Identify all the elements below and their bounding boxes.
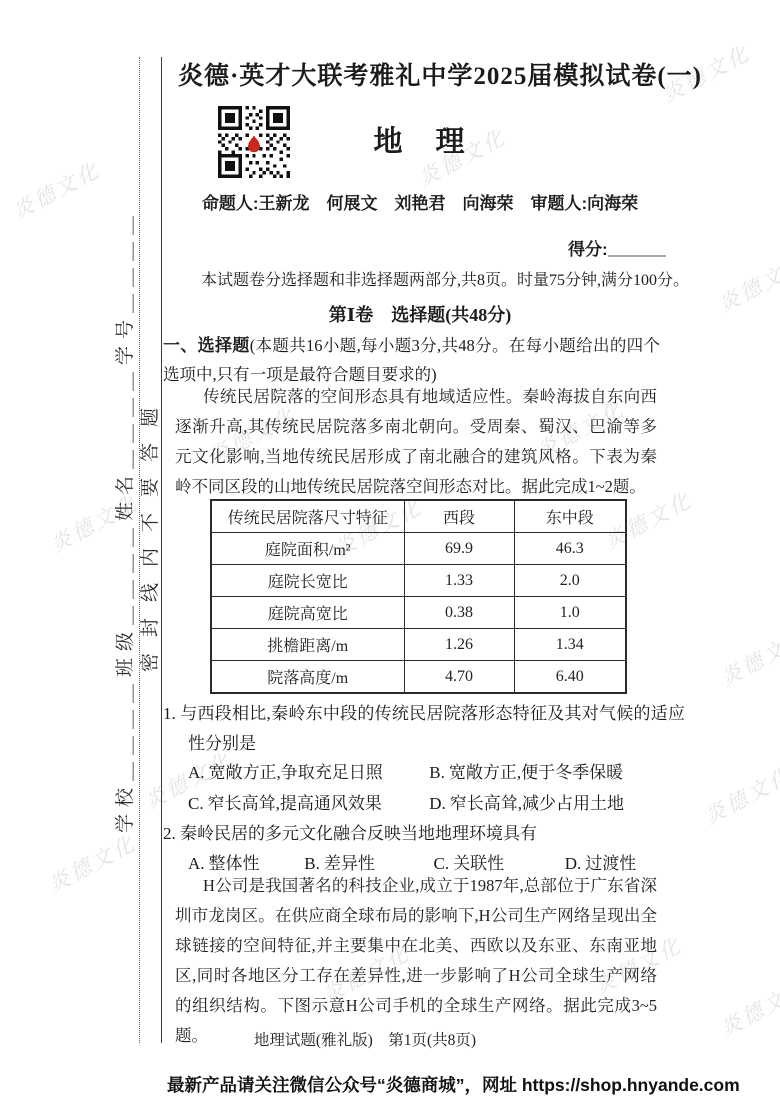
exam-paper-page: 炎德文化 炎德文化 炎德文化 炎德文化 炎德文化 炎德文化 炎德文化 炎德文化 … [0,0,780,1104]
table-cell: 1.34 [514,629,626,661]
option-label: D. [429,794,446,813]
table-cell: 1.33 [404,565,514,597]
exam-authors-line: 命题人:王新龙 何展文 刘艳君 向海荣 审题人:向海荣 [185,189,655,214]
table-row: 庭院高宽比 0.38 1.0 [211,597,626,629]
table-cell: 0.38 [404,597,514,629]
option-text: 窄长高耸,减少占用土地 [450,794,624,813]
watermark: 炎德文化 [715,971,780,1043]
table-cell: 庭院长宽比 [211,565,404,597]
seal-solid-line [161,57,162,1043]
score-line: 得分: [568,235,666,260]
option-label: A. [188,763,205,782]
question-1-options: A.宽敞方正,争取充足日照 B.宽敞方正,便于冬季保暖 C.窄长高耸,提高通风效… [188,757,663,819]
table-header-row: 传统民居院落尺寸特征 西段 东中段 [211,500,626,533]
table-cell: 6.40 [514,661,626,694]
table-cell: 46.3 [514,533,626,565]
section-instruction-heading: 一、选择题 [163,336,250,355]
question-text: 与西段相比,秦岭东中段的传统民居院落形态特征及其对气候的适应性分别是 [180,704,685,753]
table-cell: 1.26 [404,629,514,661]
watermark: 炎德文化 [7,154,106,226]
table-row: 庭院面积/m² 69.9 46.3 [211,533,626,565]
table-cell: 庭院面积/m² [211,533,404,565]
question-number: 2. [163,824,176,843]
table-cell: 4.70 [404,661,514,694]
table-cell: 挑檐距离/m [211,629,404,661]
question-2: 2. 秦岭民居的多元文化融合反映当地地理环境具有 [163,819,660,849]
option-text: 宽敞方正,便于冬季保暖 [449,763,623,782]
table-row: 院落高度/m 4.70 6.40 [211,661,626,694]
courtyard-comparison-table: 传统民居院落尺寸特征 西段 东中段 庭院面积/m² 69.9 46.3 庭院长宽… [210,499,627,694]
score-label: 得分: [568,240,608,259]
exam-title: 炎德·英才大联考雅礼中学2025届模拟试卷(一) [178,56,662,92]
table-row: 挑檐距离/m 1.26 1.34 [211,629,626,661]
option-row: A.宽敞方正,争取充足日照 B.宽敞方正,便于冬季保暖 [188,757,663,788]
table-header-cell: 东中段 [514,500,626,533]
exam-name: 雅礼中学2025届模拟试卷(一) [369,63,702,90]
seal-instruction-text: 密封线内不要答题 [141,392,161,672]
question-1: 1. 与西段相比,秦岭东中段的传统民居院落形态特征及其对气候的适应性分别是 [163,699,685,759]
option-label: B. [429,763,445,782]
table-row: 庭院长宽比 1.33 2.0 [211,565,626,597]
table-cell: 庭院高宽比 [211,597,404,629]
table-header-cell: 西段 [404,500,514,533]
score-blank [608,239,666,257]
footer-page-number: 地理试题(雅礼版) 第1页(共8页) [185,1028,545,1050]
watermark: 炎德文化 [715,621,780,693]
table-cell: 1.0 [514,597,626,629]
table-cell: 2.0 [514,565,626,597]
option-row: C.窄长高耸,提高通风效果 D.窄长高耸,减少占用土地 [188,788,663,819]
question-number: 1. [163,704,176,723]
volume-title: 第Ⅰ卷 选择题(共48分) [185,301,655,327]
footer-promo: 最新产品请关注微信公众号“炎德商城”，网址 https://shop.hnyan… [167,1072,740,1097]
option-text: 宽敞方正,争取充足日照 [209,763,383,782]
table-cell: 院落高度/m [211,661,404,694]
table-cell: 69.9 [404,533,514,565]
question-text: 秦岭民居的多元文化融合反映当地地理环境具有 [180,824,537,843]
watermark: 炎德文化 [713,247,780,319]
section-instruction: 一、选择题(本题共16小题,每小题3分,共48分。在每小题给出的四个选项中,只有… [163,331,660,389]
brand-name: 炎德·英才大联考 [178,63,369,90]
subject-title: 地 理 [185,119,655,160]
passage-1: 传统民居院落的空间形态具有地域适应性。秦岭海拔自东向西逐渐升高,其传统民居院落多… [175,382,657,502]
option-label: C. [188,794,204,813]
watermark: 炎德文化 [43,827,142,899]
watermark: 炎德文化 [699,759,780,831]
exam-intro: 本试题卷分选择题和非选择题两部分,共8页。时量75分钟,满分100分。 [175,267,665,290]
option-text: 窄长高耸,提高通风效果 [208,794,382,813]
passage-2: H公司是我国著名的科技企业,成立于1987年,总部位于广东省深圳市龙岗区。在供应… [175,871,657,1051]
student-info-fields: 学校＿＿＿＿班级＿＿＿＿姓名＿＿＿＿学号＿＿＿＿ [113,209,138,833]
table-header-cell: 传统民居院落尺寸特征 [211,500,404,533]
